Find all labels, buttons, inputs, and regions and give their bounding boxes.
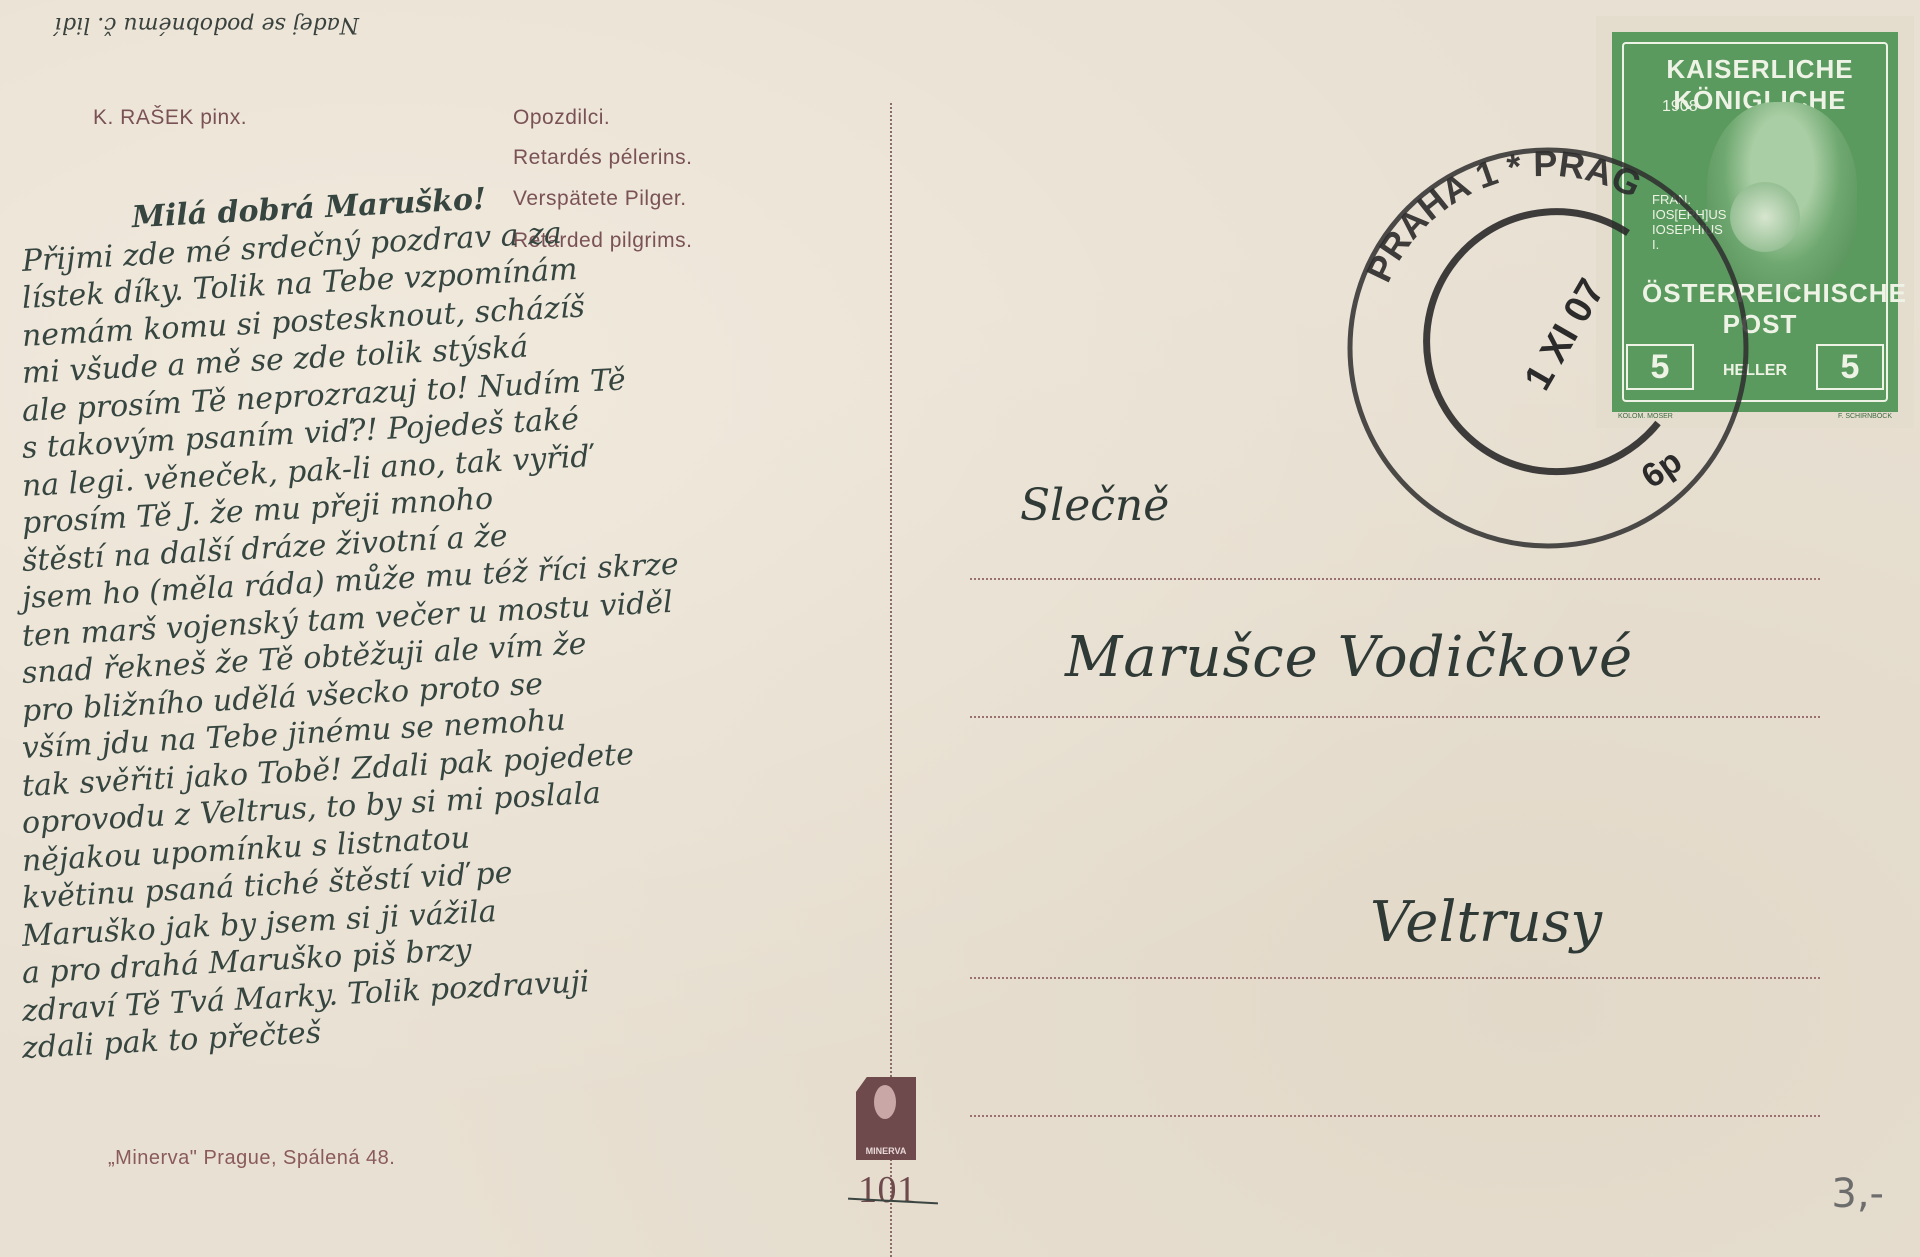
- upside-down-note: Nadej se podobnému č. lidí: [55, 12, 359, 37]
- postcard-back: Nadej se podobnému č. lidí K. RAŠEK pinx…: [0, 0, 1920, 1257]
- postmark-icon: PRAHA 1 * PRAG 1 XI 07 6p: [1338, 138, 1758, 558]
- address-line-4: [970, 1115, 1820, 1117]
- minerva-logo-icon: MINERVA: [856, 1077, 916, 1160]
- minerva-face-icon: [874, 1085, 896, 1119]
- caption-french: Retardés pélerins.: [513, 146, 692, 170]
- handwritten-letter: Milá dobrá Maruško!Přijmi zde mé srdečný…: [22, 205, 922, 1068]
- publisher-imprint: „Minerva" Prague, Spálená 48.: [108, 1147, 395, 1170]
- address-recipient-name: Marušce Vodičkové: [1065, 625, 1633, 690]
- caption-czech: Opozdilci.: [513, 106, 610, 130]
- svg-text:6p: 6p: [1635, 442, 1689, 496]
- address-line-1: [970, 578, 1820, 580]
- stamp-year: 1908: [1662, 98, 1698, 116]
- address-line-2: [970, 716, 1820, 718]
- svg-text:PRAHA 1 * PRAG: PRAHA 1 * PRAG: [1358, 143, 1648, 288]
- artist-credit: K. RAŠEK pinx.: [93, 106, 247, 130]
- svg-text:1 XI 07: 1 XI 07: [1517, 272, 1614, 397]
- stamp-engraver-credit: F. SCHIRNBÖCK: [1838, 413, 1892, 420]
- address-line-3: [970, 977, 1820, 979]
- address-town: Veltrusy: [1370, 890, 1602, 955]
- minerva-logo-label: MINERVA: [860, 1146, 912, 1156]
- pencil-price-note: 3,-: [1831, 1171, 1884, 1217]
- stamp-value-right: 5: [1816, 344, 1884, 390]
- postmark-cancellation: PRAHA 1 * PRAG 1 XI 07 6p: [1338, 138, 1758, 558]
- address-salutation: Slečně: [1020, 480, 1169, 531]
- series-number: 101: [858, 1168, 917, 1212]
